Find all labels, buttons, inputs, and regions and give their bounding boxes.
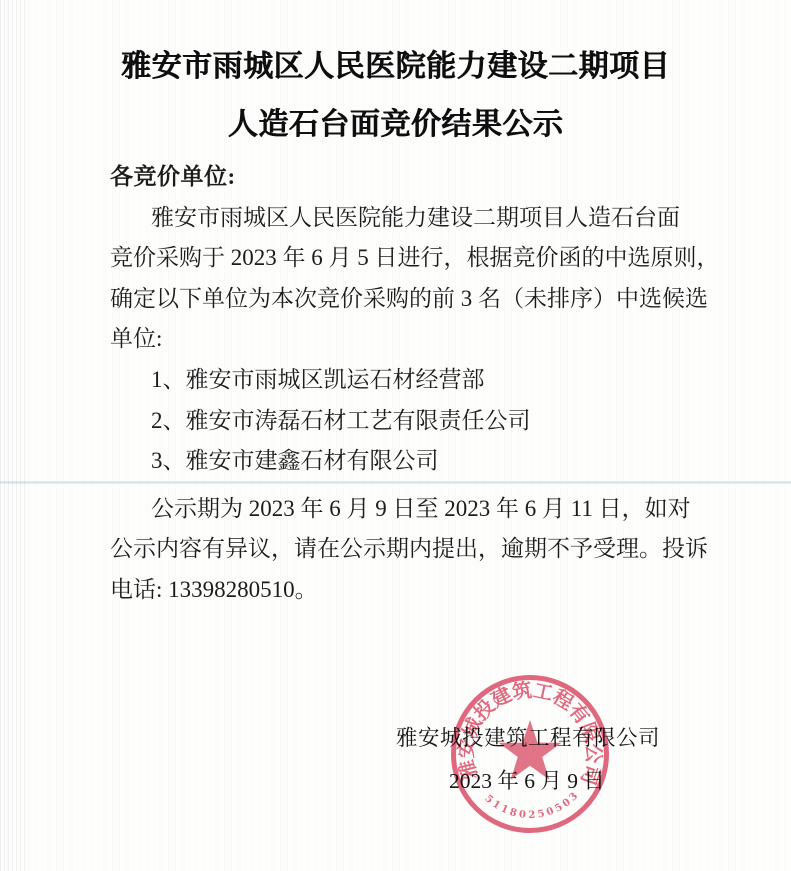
candidate-item-3: 3、雅安市建鑫石材有限公司 (110, 441, 710, 482)
seal-star-icon (499, 720, 562, 780)
candidate-item-2: 2、雅安市涛磊石材工艺有限责任公司 (110, 401, 710, 442)
document-title-line-2: 人造石台面竞价结果公示 (0, 104, 791, 146)
document-title-line-1: 雅安市雨城区人民医院能力建设二期项目 (0, 46, 791, 88)
paragraph-line: 确定以下单位为本次竞价采购的前 3 名（未排序）中选候选 (110, 279, 710, 320)
paragraph-line: 竞价采购于 2023 年 6 月 5 日进行，根据竞价函的中选原则， (110, 238, 710, 279)
paragraph-line: 公示期为 2023 年 6 月 9 日至 2023 年 6 月 11 日，如对 (110, 489, 710, 530)
paragraph-line: 单位: (110, 319, 710, 360)
document-body: 各竞价单位: 雅安市雨城区人民医院能力建设二期项目人造石台面 竞价采购于 202… (110, 157, 710, 611)
paragraph-line: 公示内容有异议，请在公示期内提出，逾期不予受理。投诉 (110, 529, 710, 570)
candidate-item-1: 1、雅安市雨城区凯运石材经营部 (110, 360, 710, 401)
official-seal: 雅安城投建筑工程有限公司 5118025050330 (445, 669, 615, 839)
paragraph-line: 雅安市雨城区人民医院能力建设二期项目人造石台面 (110, 198, 710, 239)
salutation: 各竞价单位: (110, 157, 710, 198)
scanned-document-page: 雅安市雨城区人民医院能力建设二期项目 人造石台面竞价结果公示 各竞价单位: 雅安… (0, 0, 791, 871)
phone-line: 电话: 13398280510。 (110, 570, 710, 611)
